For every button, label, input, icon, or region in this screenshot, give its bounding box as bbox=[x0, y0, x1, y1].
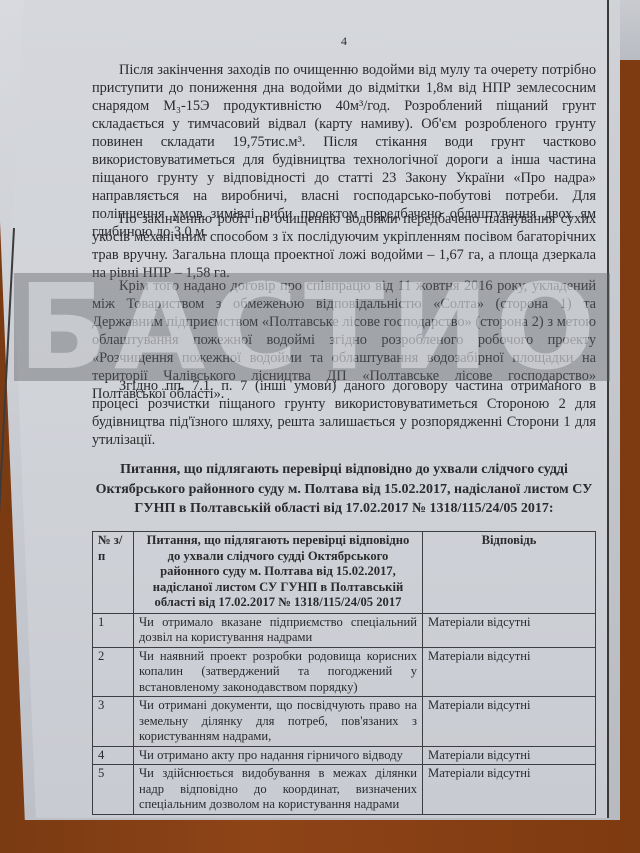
row-number: 2 bbox=[93, 647, 134, 697]
table-row: 3 Чи отримані документи, що посвідчують … bbox=[93, 697, 596, 747]
table-header-row: № з/п Питання, що підлягають перевірці в… bbox=[93, 532, 596, 614]
table-row: 5 Чи здійснюється видобування в межах ді… bbox=[93, 765, 596, 815]
row-number: 4 bbox=[93, 746, 134, 765]
row-question: Чи отримало вказане підприємство спеціал… bbox=[134, 613, 423, 647]
table-row: 4 Чи отримано акту про надання гірничого… bbox=[93, 746, 596, 765]
row-question: Чи здійснюється видобування в межах діля… bbox=[134, 765, 423, 815]
row-number: 3 bbox=[93, 697, 134, 747]
row-question: Чи отримано акту про надання гірничого в… bbox=[134, 746, 423, 765]
row-question: Чи отримані документи, що посвідчують пр… bbox=[134, 697, 423, 747]
paragraph-slope-planning: По закінченню робіт по очищенню водойми … bbox=[92, 210, 596, 282]
paragraph-agreement-terms: Згідно пп. 7.1. п. 7 (інші умови) даного… bbox=[92, 377, 596, 449]
header-answer: Відповідь bbox=[423, 532, 596, 614]
row-answer: Матеріали відсутні bbox=[423, 697, 596, 747]
page-number: 4 bbox=[92, 34, 596, 49]
row-answer: Матеріали відсутні bbox=[423, 746, 596, 765]
header-question: Питання, що підлягають перевірці відпові… bbox=[134, 532, 423, 614]
table-row: 2 Чи наявний проект розробки родовища ко… bbox=[93, 647, 596, 697]
row-question: Чи наявний проект розробки родовища кори… bbox=[134, 647, 423, 697]
header-number: № з/п bbox=[93, 532, 134, 614]
questions-table: № з/п Питання, що підлягають перевірці в… bbox=[92, 531, 596, 815]
row-answer: Матеріали відсутні bbox=[423, 765, 596, 815]
section-heading: Питання, що підлягають перевірці відпові… bbox=[92, 460, 596, 519]
row-answer: Матеріали відсутні bbox=[423, 647, 596, 697]
table-row: 1 Чи отримало вказане підприємство спеці… bbox=[93, 613, 596, 647]
row-answer: Матеріали відсутні bbox=[423, 613, 596, 647]
row-number: 5 bbox=[93, 765, 134, 815]
row-number: 1 bbox=[93, 613, 134, 647]
